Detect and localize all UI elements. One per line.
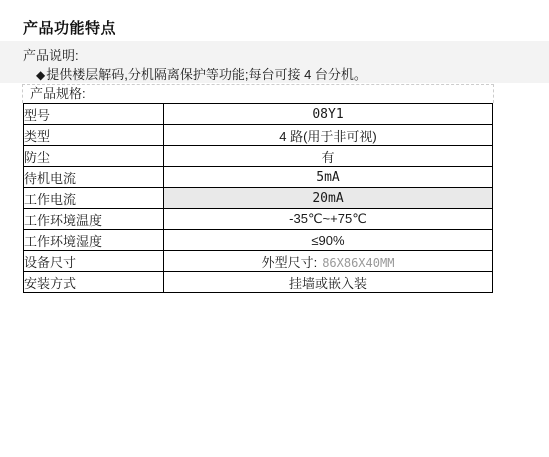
table-row-working-humidity: 工作环境湿度 ≤90% <box>24 230 493 251</box>
spec-value: 08Y1 <box>164 104 493 125</box>
spec-label: 工作电流 <box>24 188 164 209</box>
size-prefix: 外型尺寸: <box>262 255 318 270</box>
table-row-type: 类型 4 路(用于非可视) <box>24 125 493 146</box>
spec-label: 防尘 <box>24 146 164 167</box>
spec-label: 工作环境湿度 <box>24 230 164 251</box>
table-row-mounting: 安装方式 挂墙或嵌入装 <box>24 272 493 293</box>
spec-value: -35℃~+75℃ <box>164 209 493 230</box>
spec-label: 工作环境温度 <box>24 209 164 230</box>
description-heading: 产品说明: <box>23 45 79 64</box>
table-row-standby-current: 待机电流 5mA <box>24 167 493 188</box>
spec-label: 设备尺寸 <box>24 251 164 272</box>
spec-table: 型号 08Y1 类型 4 路(用于非可视) 防尘 有 待机电流 5mA 工作电流 <box>23 103 493 293</box>
spec-label: 型号 <box>24 104 164 125</box>
diamond-bullet-icon: ◆ <box>36 68 45 82</box>
spec-label: 类型 <box>24 125 164 146</box>
spec-value: 有 <box>164 146 493 167</box>
table-row-working-temperature: 工作环境温度 -35℃~+75℃ <box>24 209 493 230</box>
product-spec-page: 产品功能特点 产品说明: ◆提供楼层解码,分机隔离保护等功能;每台可接 4 台分… <box>0 0 549 457</box>
page-title: 产品功能特点 <box>23 17 116 38</box>
spec-value: 20mA <box>164 188 493 209</box>
spec-value: ≤90% <box>164 230 493 251</box>
table-row-dustproof: 防尘 有 <box>24 146 493 167</box>
spec-label: 待机电流 <box>24 167 164 188</box>
spec-label: 安装方式 <box>24 272 164 293</box>
spec-value: 4 路(用于非可视) <box>164 125 493 146</box>
spec-value: 5mA <box>164 167 493 188</box>
spec-heading: 产品规格: <box>22 84 494 103</box>
description-section: 产品说明: ◆提供楼层解码,分机隔离保护等功能;每台可接 4 台分机。 <box>0 41 549 83</box>
spec-value: 挂墙或嵌入装 <box>164 272 493 293</box>
feature-bullet-line: ◆提供楼层解码,分机隔离保护等功能;每台可接 4 台分机。 <box>36 64 367 83</box>
size-detail: 86X86X40MM <box>322 256 394 270</box>
table-row-working-current: 工作电流 20mA <box>24 188 493 209</box>
spec-section: 产品规格: 型号 08Y1 类型 4 路(用于非可视) 防尘 有 待机电流 5m… <box>22 84 494 293</box>
feature-text: 提供楼层解码,分机隔离保护等功能;每台可接 4 台分机。 <box>46 67 367 82</box>
spec-value: 外型尺寸:86X86X40MM <box>164 251 493 272</box>
table-row-model: 型号 08Y1 <box>24 104 493 125</box>
table-row-device-size: 设备尺寸 外型尺寸:86X86X40MM <box>24 251 493 272</box>
